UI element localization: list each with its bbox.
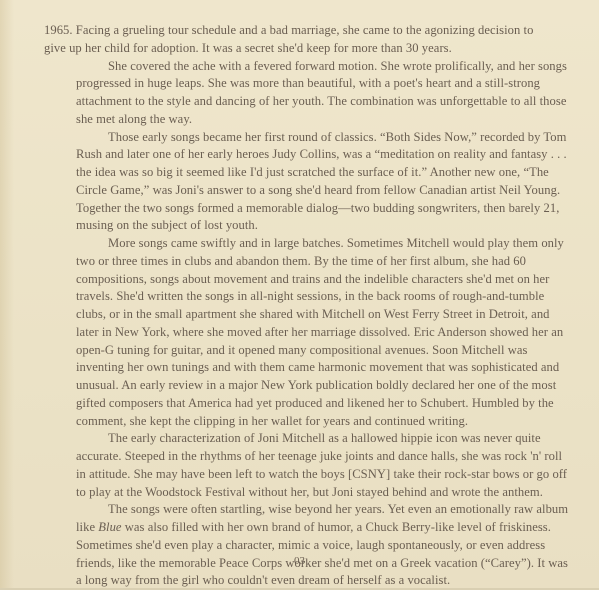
text-line: to play at the Woodstock Festival withou… <box>44 484 556 502</box>
page-number: 03 <box>0 555 599 567</box>
text-line: gifted composers that America had yet pr… <box>44 395 556 413</box>
text-line: unusual. An early review in a major New … <box>44 377 556 395</box>
text-line: later in New York, where she moved after… <box>44 324 556 342</box>
text-line: travels. She'd written the songs in all-… <box>44 288 556 306</box>
text-line: compositions, songs about movement and t… <box>44 271 556 289</box>
text-line: Rush and later one of her early heroes J… <box>44 146 556 164</box>
text-fragment: was also filled with her own brand of hu… <box>122 520 551 534</box>
text-line: attachment to the style and dancing of h… <box>44 93 556 111</box>
text-line: in attitude. She may have been left to w… <box>44 466 556 484</box>
text-line: musing on the subject of lost youth. <box>44 217 556 235</box>
text-line: More songs came swiftly and in large bat… <box>44 235 556 253</box>
text-line: Circle Game,” was Joni's answer to a son… <box>44 182 556 200</box>
text-line: open-G tuning for guitar, and it opened … <box>44 342 556 360</box>
text-line: the idea was so big it seemed like I'd j… <box>44 164 556 182</box>
text-line: clubs, or in the small apartment she sha… <box>44 306 556 324</box>
paragraph-1: 1965. Facing a grueling tour schedule an… <box>44 22 556 58</box>
text-line-with-album-title: like Blue was also filled with her own b… <box>44 519 556 537</box>
book-page: 1965. Facing a grueling tour schedule an… <box>0 0 599 590</box>
body-text: 1965. Facing a grueling tour schedule an… <box>44 22 556 590</box>
paragraph-2: She covered the ache with a fevered forw… <box>44 58 556 129</box>
text-line: she met along the way. <box>44 111 556 129</box>
paragraph-4: More songs came swiftly and in large bat… <box>44 235 556 430</box>
text-line: inventing her own tunings and with them … <box>44 359 556 377</box>
text-line: accurate. Steeped in the rhythms of her … <box>44 448 556 466</box>
text-fragment: like <box>76 520 98 534</box>
paragraph-6: The songs were often startling, wise bey… <box>44 501 556 590</box>
text-line: 1965. Facing a grueling tour schedule an… <box>44 22 556 40</box>
text-line: give up her child for adoption. It was a… <box>44 40 556 58</box>
text-line: comment, she kept the clipping in her wa… <box>44 413 556 431</box>
text-line: The songs were often startling, wise bey… <box>44 501 556 519</box>
text-line: a long way from the girl who couldn't ev… <box>44 572 556 590</box>
paragraph-5: The early characterization of Joni Mitch… <box>44 430 556 501</box>
text-line: Sometimes she'd even play a character, m… <box>44 537 556 555</box>
text-line: Together the two songs formed a memorabl… <box>44 200 556 218</box>
album-title: Blue <box>98 520 121 534</box>
text-line: Those early songs became her first round… <box>44 129 556 147</box>
text-line: two or three times in clubs and abandon … <box>44 253 556 271</box>
text-line: The early characterization of Joni Mitch… <box>44 430 556 448</box>
text-line: progressed in huge leaps. She was more t… <box>44 75 556 93</box>
paragraph-3: Those early songs became her first round… <box>44 129 556 236</box>
text-line: She covered the ache with a fevered forw… <box>44 58 556 76</box>
